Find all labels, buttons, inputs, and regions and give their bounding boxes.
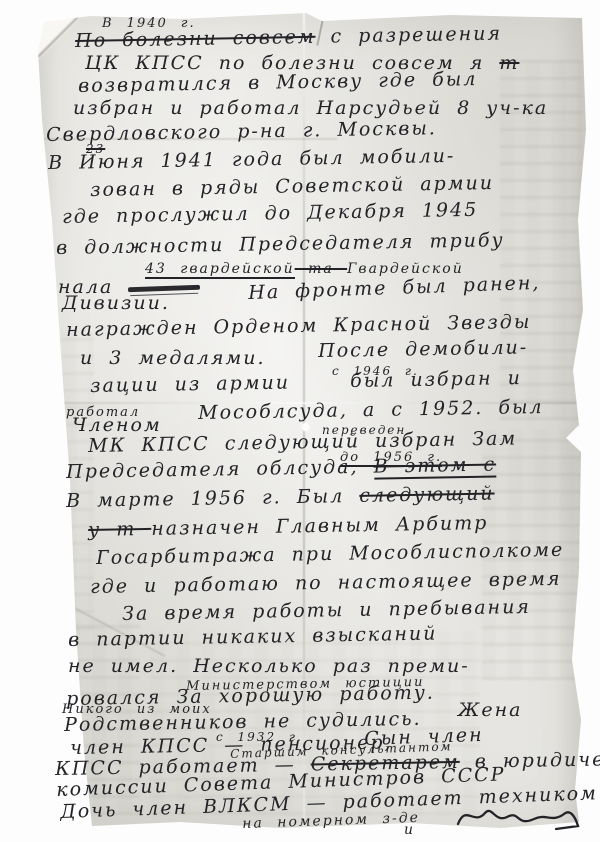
scanned-document-page: { "colors": { "background": "#fdfdfd", "…	[0, 0, 600, 842]
handwritten-line: в партии никаких взысканий	[68, 625, 438, 650]
handwritten-line: 43 гвардейской та Гвардейской	[145, 262, 464, 276]
handwritten-text: где прослужил до Декабря 1945	[62, 199, 478, 228]
handwritten-text: и	[404, 822, 415, 838]
handwritten-line: Госарбитража при Мособлисполкоме	[96, 541, 564, 568]
handwritten-text: В марте 1956 г. Был	[66, 485, 360, 512]
handwritten-text: с разрешения	[315, 23, 502, 48]
scan-background: В 1940 г.По болезни совсем с разрешенияЦ…	[0, 0, 600, 842]
handwritten-text: где и работаю по настоящее время	[90, 568, 562, 598]
ink-scribble	[128, 284, 200, 292]
handwritten-text: переведен	[322, 423, 406, 437]
handwritten-text: зован в ряды Советской армии	[90, 172, 494, 201]
handwritten-text: не имел. Несколько раз преми-	[68, 655, 470, 677]
handwritten-line: За время работы и пребывания	[122, 598, 531, 624]
handwritten-text: Председателя облсуда,	[66, 456, 374, 483]
handwritten-line: зации из армии	[90, 374, 290, 396]
handwritten-line: до 1956 г.	[340, 451, 442, 464]
handwritten-text: в должности Председателя трибу	[56, 229, 505, 259]
handwritten-line: не имел. Несколько раз преми-	[68, 657, 470, 676]
handwritten-text: За время работы и пребывания	[122, 596, 531, 625]
handwritten-line: После демобили-	[318, 338, 528, 361]
handwritten-line: где прослужил до Декабря 1945	[62, 201, 478, 227]
handwritten-line: Мособлсуда, а с 1952. был	[198, 398, 544, 423]
struck-text: следующий	[359, 483, 495, 507]
handwritten-text: В Июня 1941 года был мобили-	[48, 145, 456, 174]
signature-flourish	[452, 796, 580, 838]
handwritten-text: награжден Орденом Красной Звезды	[66, 311, 532, 341]
handwritten-line: По болезни совсем с разрешения	[75, 25, 502, 51]
handwritten-line: в должности Председателя трибу	[56, 231, 505, 258]
handwritten-text: избран и работал Нарсудьей 8 уч-ка	[73, 97, 548, 119]
handwritten-line: награжден Орденом Красной Звезды	[66, 313, 531, 340]
handwritten-text: до 1956 г.	[340, 450, 442, 467]
handwritten-line: В марте 1956 г. Был следующий	[66, 485, 495, 511]
handwritten-line: Членом	[72, 416, 162, 435]
handwritten-line: у т назначен Главным Арбитр	[88, 514, 488, 540]
handwritten-text: зации из армии	[90, 372, 290, 397]
handwritten-line: избран и работал Нарсудьей 8 уч-ка	[73, 99, 548, 118]
handwritten-line: В Июня 1941 года был мобили-	[48, 147, 456, 173]
handwritten-line: МК КПСС следующий избран Зам	[88, 430, 517, 456]
handwritten-line: и 3 медалями.	[80, 349, 265, 368]
handwritten-line: Дивизии.	[62, 294, 170, 313]
handwritten-text: Членом	[72, 414, 162, 436]
handwritten-text: в партии никаких взысканий	[68, 623, 438, 651]
handwritten-text: Госарбитража при Мособлисполкоме	[96, 539, 565, 569]
handwritten-line: возвратился в Москву где был	[78, 70, 477, 96]
handwritten-line: и	[404, 823, 415, 837]
struck-text: т	[499, 52, 519, 74]
handwritten-text: Мособлсуда, а с 1952. был	[198, 396, 544, 424]
handwritten-text: Жена	[458, 699, 522, 721]
handwritten-line: зован в ряды Советской армии	[90, 174, 494, 200]
handwritten-text: назначен Главным Арбитр	[151, 512, 488, 540]
handwritten-text: 43 гвардейской	[145, 261, 295, 279]
handwritten-line: Жена	[458, 701, 522, 720]
handwritten-text: Дивизии.	[62, 292, 170, 314]
handwritten-line: переведен	[322, 424, 406, 436]
handwritten-line: где и работаю по настоящее время	[90, 570, 562, 597]
handwritten-text: и 3 медалями.	[80, 347, 265, 369]
struck-text: у т	[88, 518, 151, 541]
struck-text: та	[295, 261, 348, 277]
handwritten-line: был избран и	[350, 369, 522, 391]
handwritten-text: был избран и	[350, 367, 522, 392]
handwritten-text-layer: В 1940 г.По болезни совсем с разрешенияЦ…	[0, 0, 600, 842]
handwritten-text: После демобили-	[318, 336, 528, 362]
struck-text: По болезни совсем	[75, 26, 316, 52]
